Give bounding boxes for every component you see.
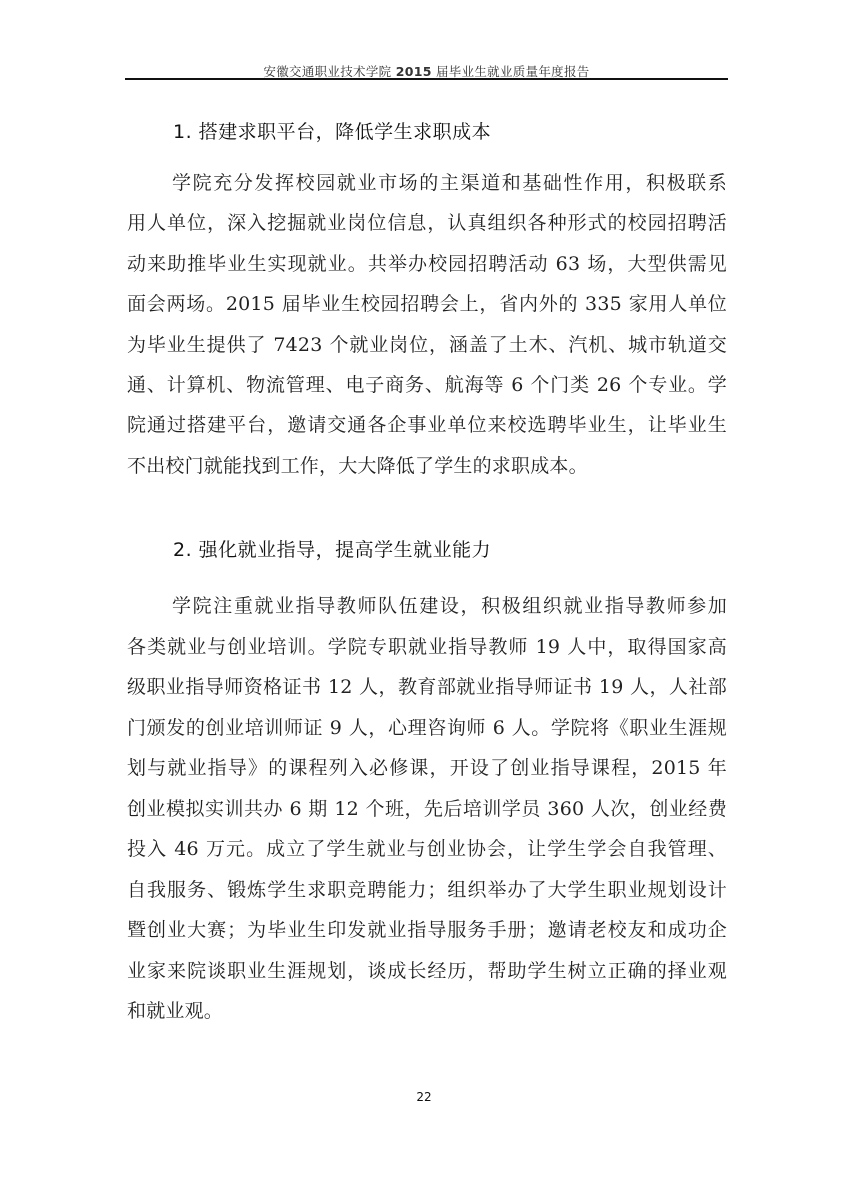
paragraph-line: 动来助推毕业生实现就业。共举办校园招聘活动 63 场，大型供需见 bbox=[127, 249, 727, 276]
paragraph-line: 门颁发的创业培训师证 9 人，心理咨询师 6 人。学院将《职业生涯规 bbox=[127, 713, 727, 740]
paragraph-line: 通、计算机、物流管理、电子商务、航海等 6 个门类 26 个专业。学 bbox=[127, 370, 727, 397]
paragraph-line: 划与就业指导》的课程列入必修课，开设了创业指导课程，2015 年 bbox=[127, 753, 727, 780]
paragraph-line: 级职业指导师资格证书 12 人，教育部就业指导师证书 19 人，人社部 bbox=[127, 672, 727, 699]
paragraph-line: 用人单位，深入挖掘就业岗位信息，认真组织各种形式的校园招聘活 bbox=[127, 208, 727, 235]
paragraph-line: 自我服务、锻炼学生求职竞聘能力；组织举办了大学生职业规划设计 bbox=[127, 875, 727, 902]
paragraph-line: 为毕业生提供了 7423 个就业岗位，涵盖了土木、汽机、城市轨道交 bbox=[127, 330, 727, 357]
paragraph-line: 学院充分发挥校园就业市场的主渠道和基础性作用，积极联系 bbox=[172, 168, 727, 195]
paragraph-line: 面会两场。2015 届毕业生校园招聘会上，省内外的 335 家用人单位 bbox=[127, 289, 727, 316]
paragraph-line: 院通过搭建平台，邀请交通各企事业单位来校选聘毕业生，让毕业生 bbox=[127, 410, 727, 437]
page-number: 22 bbox=[0, 1090, 848, 1104]
section-2-heading: 2. 强化就业指导，提高学生就业能力 bbox=[173, 535, 491, 562]
paragraph-line: 不出校门就能找到工作，大大降低了学生的求职成本。 bbox=[127, 451, 727, 478]
paragraph-line: 业家来院谈职业生涯规划，谈成长经历，帮助学生树立正确的择业观 bbox=[127, 956, 727, 983]
header-divider bbox=[125, 78, 728, 80]
header-title-suffix: 届毕业生就业质量年度报告 bbox=[432, 64, 590, 79]
section-1-heading: 1. 搭建求职平台，降低学生求职成本 bbox=[173, 117, 491, 144]
paragraph-line: 投入 46 万元。成立了学生就业与创业协会，让学生学会自我管理、 bbox=[127, 834, 727, 861]
paragraph-line: 和就业观。 bbox=[127, 996, 727, 1023]
paragraph-line: 创业模拟实训共办 6 期 12 个班，先后培训学员 360 人次，创业经费 bbox=[127, 794, 727, 821]
header-title-prefix: 安徽交通职业技术学院 bbox=[263, 64, 395, 79]
header-title-year: 2015 bbox=[396, 64, 432, 79]
paragraph-line: 学院注重就业指导教师队伍建设，积极组织就业指导教师参加 bbox=[172, 591, 727, 618]
paragraph-line: 暨创业大赛；为毕业生印发就业指导服务手册；邀请老校友和成功企 bbox=[127, 915, 727, 942]
paragraph-line: 各类就业与创业培训。学院专职就业指导教师 19 人中，取得国家高 bbox=[127, 632, 727, 659]
